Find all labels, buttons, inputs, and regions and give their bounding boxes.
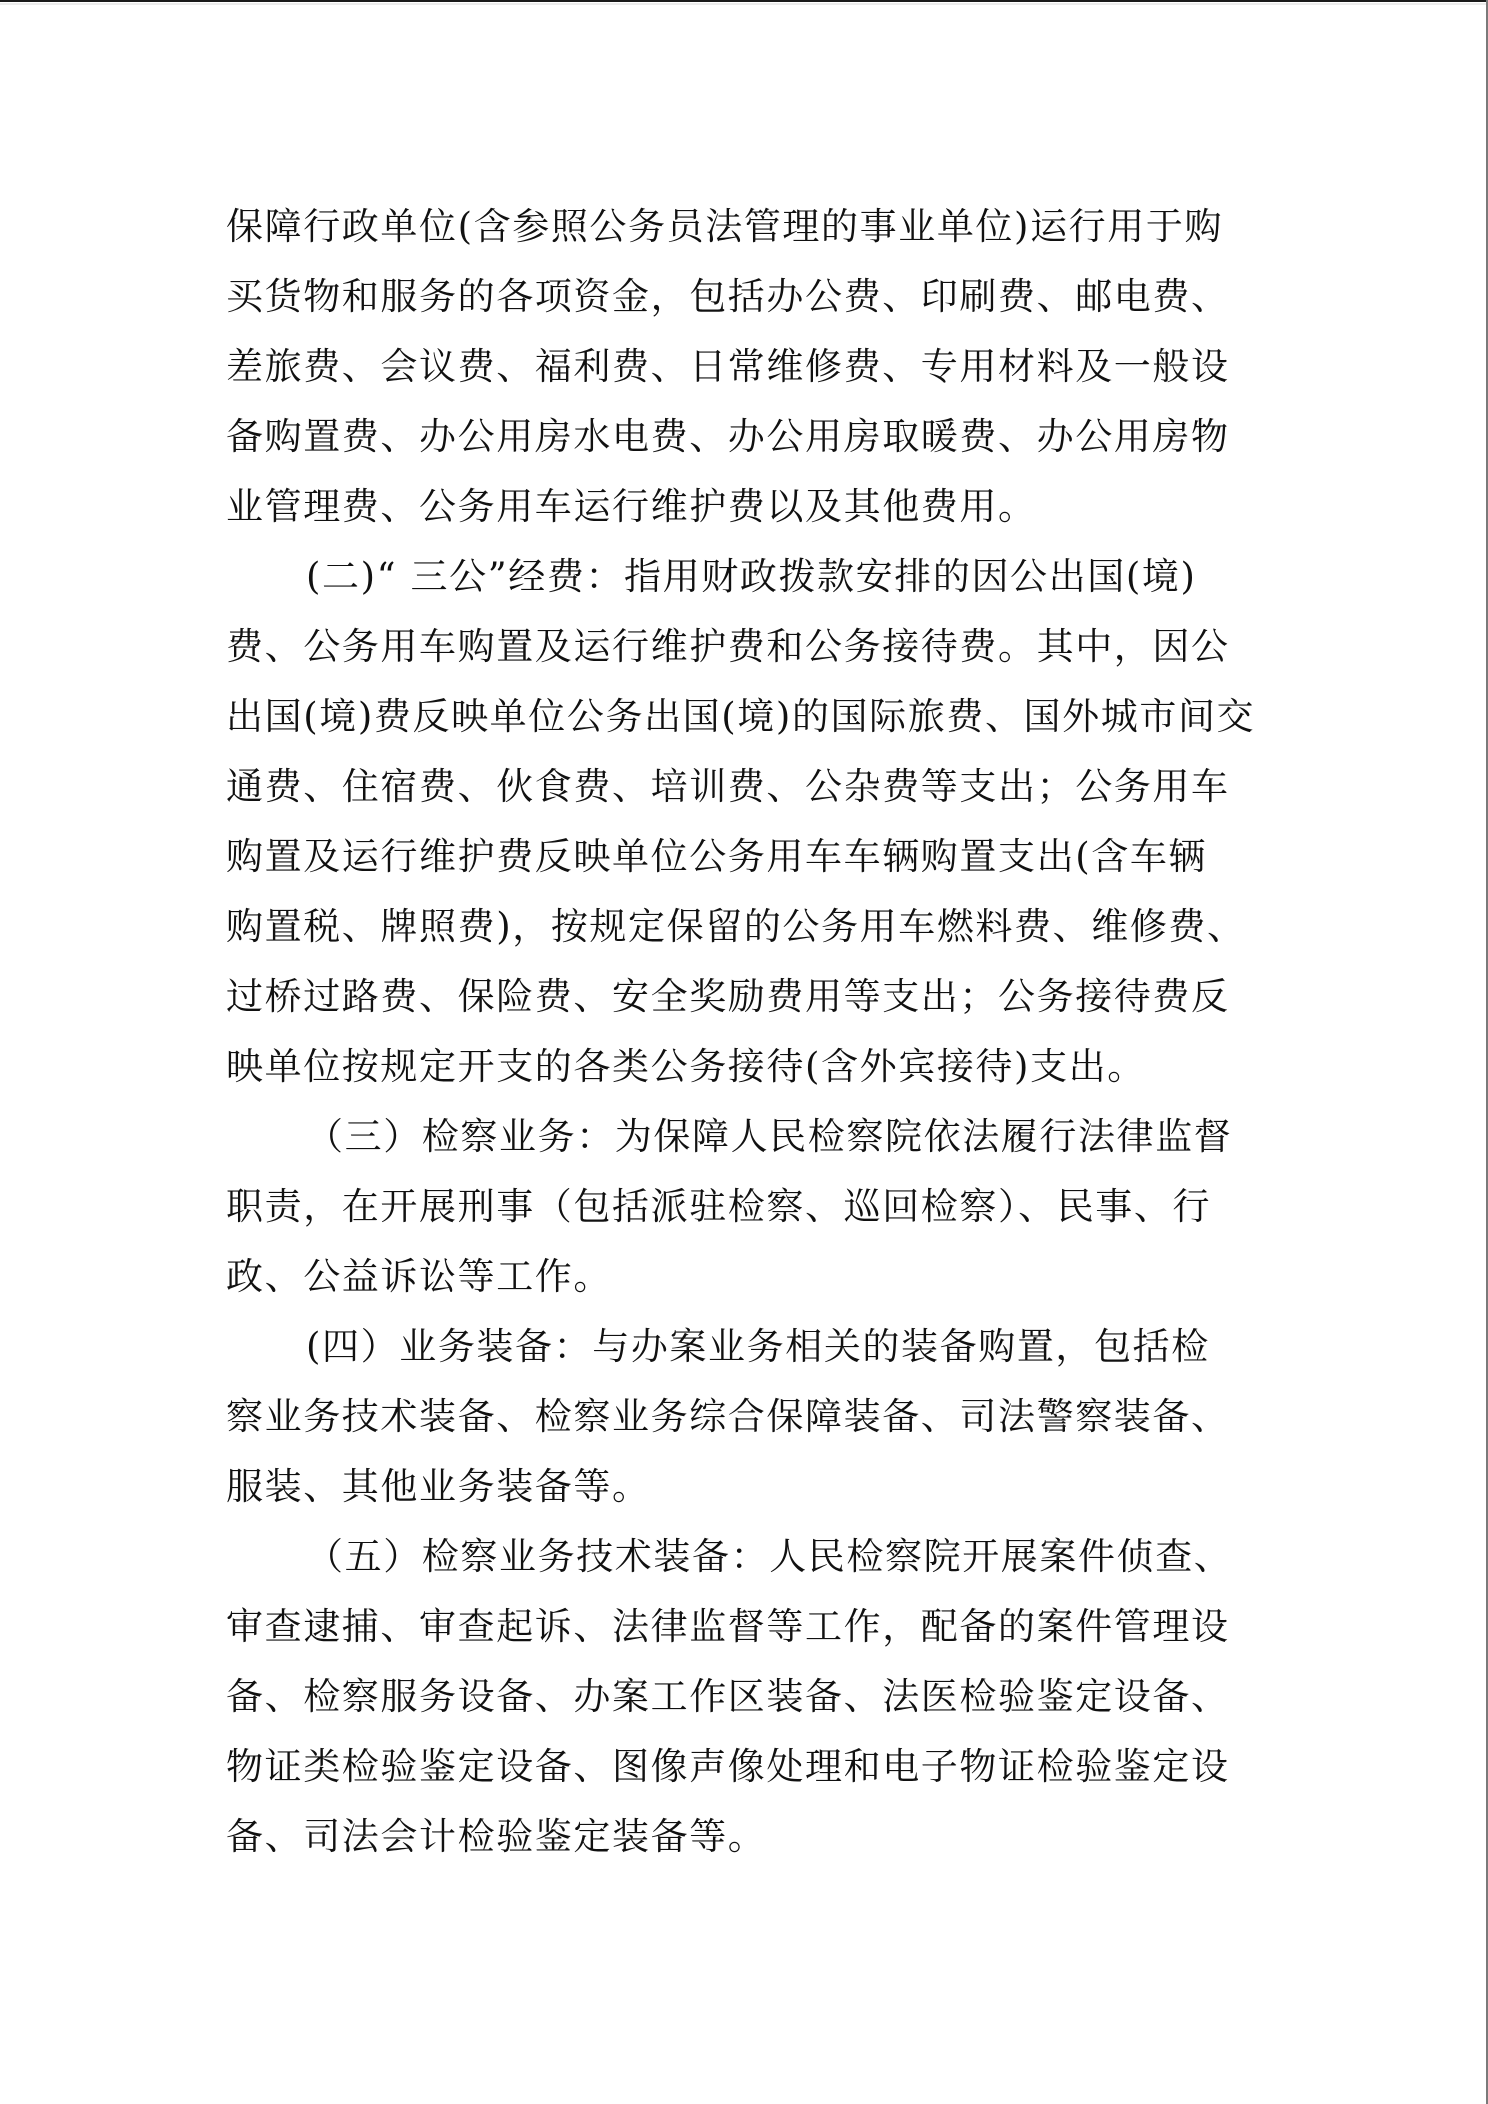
text-line: 业管理费、公务用车运行维护费以及其他费用。 bbox=[226, 472, 1266, 542]
page-top-edge bbox=[0, 0, 1488, 2]
text-line-first: (四）业务装备：与办案业务相关的装备购置，包括检 bbox=[226, 1312, 1266, 1382]
text-line: 购置税、牌照费)，按规定保留的公务用车燃料费、维修费、 bbox=[226, 892, 1266, 962]
text-line: 购置及运行维护费反映单位公务用车车辆购置支出(含车辆 bbox=[226, 822, 1266, 892]
document-body: 保障行政单位(含参照公务员法管理的事业单位)运行用于购 买货物和服务的各项资金，… bbox=[226, 192, 1266, 1872]
text-line: 费、公务用车购置及运行维护费和公务接待费。其中，因公 bbox=[226, 612, 1266, 682]
text-line-first: (二)“ 三公”经费：指用财政拨款安排的因公出国(境) bbox=[226, 542, 1266, 612]
text-line: 备、检察服务设备、办案工作区装备、法医检验鉴定设备、 bbox=[226, 1662, 1266, 1732]
text-line: 保障行政单位(含参照公务员法管理的事业单位)运行用于购 bbox=[226, 192, 1266, 262]
text-line: 差旅费、会议费、福利费、日常维修费、专用材料及一般设 bbox=[226, 332, 1266, 402]
text-line-first: （五）检察业务技术装备：人民检察院开展案件侦查、 bbox=[226, 1522, 1266, 1592]
page-top-edge-shadow bbox=[0, 3, 1488, 5]
text-line: 映单位按规定开支的各类公务接待(含外宾接待)支出。 bbox=[226, 1032, 1266, 1102]
paragraph-public-expenditure: 保障行政单位(含参照公务员法管理的事业单位)运行用于购 买货物和服务的各项资金，… bbox=[226, 192, 1266, 542]
text-line: 通费、住宿费、伙食费、培训费、公杂费等支出；公务用车 bbox=[226, 752, 1266, 822]
text-line: 过桥过路费、保险费、安全奖励费用等支出；公务接待费反 bbox=[226, 962, 1266, 1032]
paragraph-business-equipment: (四）业务装备：与办案业务相关的装备购置，包括检 察业务技术装备、检察业务综合保… bbox=[226, 1312, 1266, 1522]
text-line: 审查逮捕、审查起诉、法律监督等工作，配备的案件管理设 bbox=[226, 1592, 1266, 1662]
text-line: 政、公益诉讼等工作。 bbox=[226, 1242, 1266, 1312]
text-line: 职责，在开展刑事（包括派驻检察、巡回检察）、民事、行 bbox=[226, 1172, 1266, 1242]
text-line: 出国(境)费反映单位公务出国(境)的国际旅费、国外城市间交 bbox=[226, 682, 1266, 752]
text-line: 买货物和服务的各项资金，包括办公费、印刷费、邮电费、 bbox=[226, 262, 1266, 332]
text-line-first: （三）检察业务：为保障人民检察院依法履行法律监督 bbox=[226, 1102, 1266, 1172]
paragraph-technical-equipment: （五）检察业务技术装备：人民检察院开展案件侦查、 审查逮捕、审查起诉、法律监督等… bbox=[226, 1522, 1266, 1872]
text-line: 备购置费、办公用房水电费、办公用房取暖费、办公用房物 bbox=[226, 402, 1266, 472]
paragraph-procuratorial-business: （三）检察业务：为保障人民检察院依法履行法律监督 职责，在开展刑事（包括派驻检察… bbox=[226, 1102, 1266, 1312]
text-line: 察业务技术装备、检察业务综合保障装备、司法警察装备、 bbox=[226, 1382, 1266, 1452]
text-line: 服装、其他业务装备等。 bbox=[226, 1452, 1266, 1522]
paragraph-three-public-expenses: (二)“ 三公”经费：指用财政拨款安排的因公出国(境) 费、公务用车购置及运行维… bbox=[226, 542, 1266, 1102]
text-line: 物证类检验鉴定设备、图像声像处理和电子物证检验鉴定设 bbox=[226, 1732, 1266, 1802]
text-line: 备、司法会计检验鉴定装备等。 bbox=[226, 1802, 1266, 1872]
